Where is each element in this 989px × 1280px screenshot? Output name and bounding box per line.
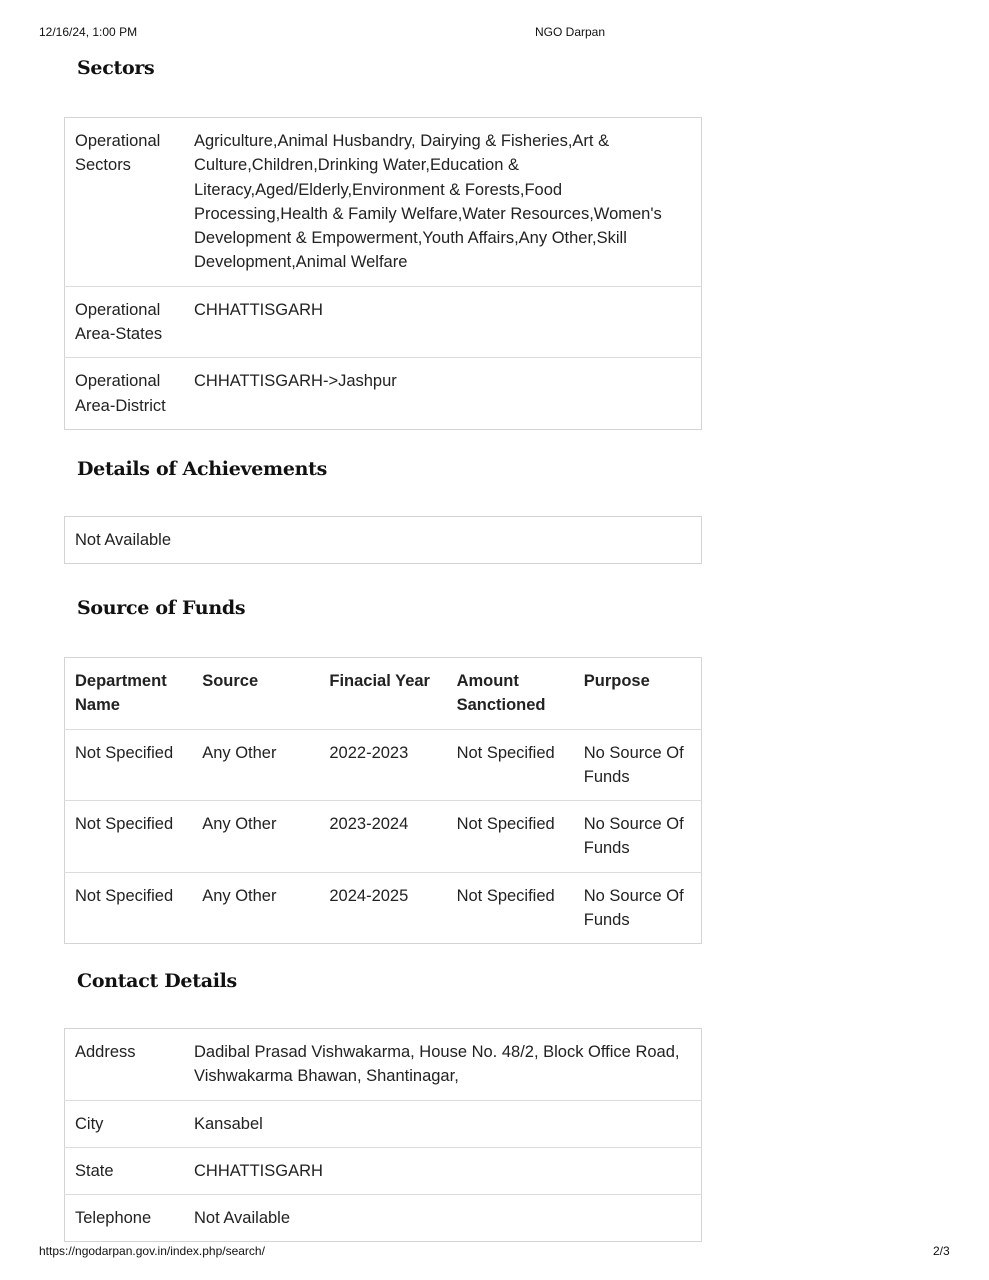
row-label: Operational Area-States <box>65 286 185 358</box>
cell: Not Specified <box>447 801 574 873</box>
table-row: State CHHATTISGARH <box>65 1147 702 1194</box>
achievements-heading: Details of Achievements <box>77 458 327 480</box>
row-label: Operational Sectors <box>65 118 185 287</box>
cell: Any Other <box>192 801 319 873</box>
table-row: Telephone Not Available <box>65 1195 702 1242</box>
cell: 2024-2025 <box>319 872 446 944</box>
row-value: CHHATTISGARH <box>184 286 702 358</box>
print-datetime: 12/16/24, 1:00 PM <box>39 25 137 39</box>
table-row: Address Dadibal Prasad Vishwakarma, Hous… <box>65 1029 702 1101</box>
row-label: State <box>65 1147 185 1194</box>
contact-table: Address Dadibal Prasad Vishwakarma, Hous… <box>64 1028 702 1242</box>
table-row: Operational Area-District CHHATTISGARH->… <box>65 358 702 430</box>
table-row: Not Available <box>65 517 702 564</box>
column-header: Purpose <box>574 658 702 730</box>
row-value: CHHATTISGARH->Jashpur <box>184 358 702 430</box>
table-row: Not Specified Any Other 2022-2023 Not Sp… <box>65 729 702 801</box>
cell: Not Specified <box>65 872 193 944</box>
cell: 2022-2023 <box>319 729 446 801</box>
row-label: Address <box>65 1029 185 1101</box>
cell: No Source Of Funds <box>574 872 702 944</box>
row-label: Telephone <box>65 1195 185 1242</box>
column-header: Amount Sanctioned <box>447 658 574 730</box>
page-number: 2/3 <box>933 1244 950 1258</box>
cell: Any Other <box>192 872 319 944</box>
cell: Not Specified <box>447 872 574 944</box>
row-label: Operational Area-District <box>65 358 185 430</box>
row-value: Not Available <box>184 1195 702 1242</box>
cell: No Source Of Funds <box>574 801 702 873</box>
sectors-heading: Sectors <box>77 57 154 79</box>
table-row: Not Specified Any Other 2023-2024 Not Sp… <box>65 801 702 873</box>
contact-heading: Contact Details <box>77 970 237 992</box>
table-row: Operational Sectors Agriculture,Animal H… <box>65 118 702 287</box>
achievements-table: Not Available <box>64 516 702 564</box>
row-value: Kansabel <box>184 1100 702 1147</box>
cell: Not Specified <box>65 729 193 801</box>
row-value: Dadibal Prasad Vishwakarma, House No. 48… <box>184 1029 702 1101</box>
row-value: Agriculture,Animal Husbandry, Dairying &… <box>184 118 702 287</box>
print-page-title: NGO Darpan <box>535 25 605 39</box>
row-value: CHHATTISGARH <box>184 1147 702 1194</box>
funds-table: Department Name Source Finacial Year Amo… <box>64 657 702 944</box>
row-label: City <box>65 1100 185 1147</box>
column-header: Source <box>192 658 319 730</box>
column-header: Department Name <box>65 658 193 730</box>
column-header: Finacial Year <box>319 658 446 730</box>
cell: No Source Of Funds <box>574 729 702 801</box>
achievements-value: Not Available <box>65 517 702 564</box>
cell: Any Other <box>192 729 319 801</box>
cell: Not Specified <box>65 801 193 873</box>
table-row: Operational Area-States CHHATTISGARH <box>65 286 702 358</box>
sectors-table: Operational Sectors Agriculture,Animal H… <box>64 117 702 430</box>
table-row: City Kansabel <box>65 1100 702 1147</box>
cell: 2023-2024 <box>319 801 446 873</box>
cell: Not Specified <box>447 729 574 801</box>
funds-heading: Source of Funds <box>77 597 245 619</box>
table-header-row: Department Name Source Finacial Year Amo… <box>65 658 702 730</box>
print-url: https://ngodarpan.gov.in/index.php/searc… <box>39 1244 265 1258</box>
table-row: Not Specified Any Other 2024-2025 Not Sp… <box>65 872 702 944</box>
